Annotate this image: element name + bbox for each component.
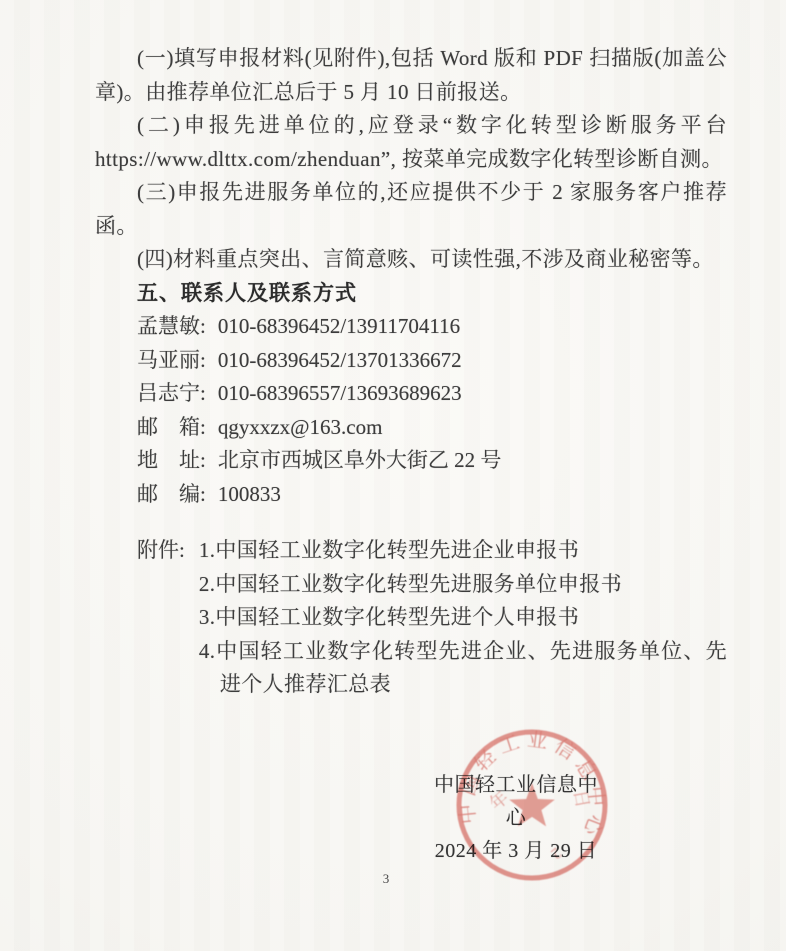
attachment-item: 1.中国轻工业数字化转型先进企业申报书 [199, 534, 727, 568]
contact-phone: 010-68396557/13693689623 [218, 381, 462, 405]
attachment-item: 4.中国轻工业数字化转型先进企业、先进服务单位、先进个人推荐汇总表 [199, 635, 727, 702]
contact-row: 孟慧敏:010-68396452/13911704116 [95, 310, 727, 344]
document-page: (一)填写申报材料(见附件),包括 Word 版和 PDF 扫描版(加盖公章)。… [0, 0, 786, 951]
attachment-item: 3.中国轻工业数字化转型先进个人申报书 [199, 601, 727, 635]
address-value: 北京市西城区阜外大街乙 22 号 [218, 448, 502, 472]
document-body: (一)填写申报材料(见附件),包括 Word 版和 PDF 扫描版(加盖公章)。… [95, 42, 727, 702]
paragraph-item-1: (一)填写申报材料(见附件),包括 Word 版和 PDF 扫描版(加盖公章)。… [95, 42, 727, 109]
contact-name: 吕志宁: [137, 381, 206, 405]
attachment-item: 2.中国轻工业数字化转型先进服务单位申报书 [199, 568, 727, 602]
official-seal: 中国轻工业信息中心 年 日 2 [452, 725, 612, 885]
email-label: 邮 箱: [137, 415, 206, 439]
postcode-label: 邮 编: [137, 482, 206, 506]
attachments-list: 1.中国轻工业数字化转型先进企业申报书 2.中国轻工业数字化转型先进服务单位申报… [199, 534, 727, 702]
email-value: qgyxxzx@163.com [218, 415, 383, 439]
contact-name: 马亚丽: [137, 348, 206, 372]
attachments-block: 附件: 1.中国轻工业数字化转型先进企业申报书 2.中国轻工业数字化转型先进服务… [95, 534, 727, 702]
seal-graphic: 中国轻工业信息中心 年 日 2 [452, 725, 612, 885]
contact-row: 邮 编:100833 [95, 478, 727, 512]
contact-phone: 010-68396452/13701336672 [218, 348, 462, 372]
page-number: 3 [366, 871, 406, 887]
contact-phone: 010-68396452/13911704116 [218, 314, 460, 338]
seal-overprint-char: 2 [547, 844, 564, 862]
contact-row: 马亚丽:010-68396452/13701336672 [95, 344, 727, 378]
postcode-value: 100833 [218, 482, 281, 506]
contact-row: 邮 箱:qgyxxzx@163.com [95, 411, 727, 445]
contact-list: 孟慧敏:010-68396452/13911704116 马亚丽:010-683… [95, 310, 727, 511]
address-label: 地 址: [137, 448, 206, 472]
section-heading: 五、联系人及联系方式 [95, 277, 727, 311]
paragraph-item-4: (四)材料重点突出、言简意赅、可读性强,不涉及商业秘密等。 [95, 243, 727, 277]
paragraph-item-3: (三)申报先进服务单位的,还应提供不少于 2 家服务客户推荐函。 [95, 176, 727, 243]
contact-row: 地 址:北京市西城区阜外大街乙 22 号 [95, 444, 727, 478]
seal-overprint-char: 日 [570, 788, 593, 809]
attachments-label: 附件: [137, 534, 185, 568]
seal-overprint-char: 年 [485, 786, 512, 814]
contact-name: 孟慧敏: [137, 314, 206, 338]
contact-row: 吕志宁:010-68396557/13693689623 [95, 377, 727, 411]
seal-star-icon [509, 783, 555, 826]
paragraph-item-2: (二)申报先进单位的,应登录“数字化转型诊断服务平台 https://www.d… [95, 109, 727, 176]
